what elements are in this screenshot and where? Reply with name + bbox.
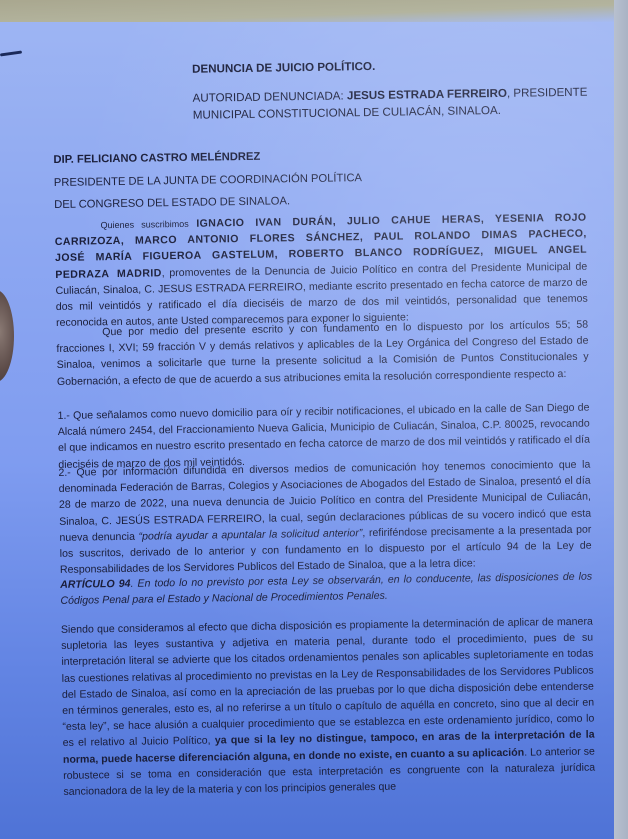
document-title: DENUNCIA DE JUICIO POLÍTICO.: [192, 56, 592, 78]
request-paragraph: Que por medio del presente escrito y con…: [56, 317, 589, 390]
article-94-quote: ARTÍCULO 94. En todo lo no previsto por …: [60, 569, 592, 610]
denounced-authority: AUTORIDAD DENUNCIADA: JESUS ESTRADA FERR…: [192, 84, 592, 124]
addressee-body: DEL CONGRESO DEL ESTADO DE SINALOA.: [54, 193, 290, 213]
intro-lead: Quienes suscribimos: [100, 219, 188, 230]
intro-paragraph: Quienes suscribimos IGNACIO IVAN DURÁN, …: [54, 210, 588, 332]
addressee-position: PRESIDENTE DE LA JUNTA DE COORDINACIÓN P…: [54, 170, 362, 191]
authority-title-end: MUNICIPAL CONSTITUCIONAL DE CULIACÁN, SI…: [193, 104, 501, 122]
article-text: . En todo lo no previsto por esta Ley se…: [60, 571, 592, 608]
background-surface: [614, 0, 628, 839]
addressee-name: DIP. FELICIANO CASTRO MELÉNDREZ: [53, 149, 260, 168]
page-top-shadow: [0, 0, 614, 22]
request-text: Que por medio del presente escrito y con…: [56, 319, 588, 388]
pen-mark: [0, 50, 22, 56]
authority-name: JESUS ESTRADA FERREIRO: [347, 87, 507, 103]
article-label: ARTÍCULO 94: [60, 578, 131, 591]
argument-paragraph: Siendo que consideramos al efecto que di…: [61, 614, 596, 801]
authority-title-start: , PRESIDENTE: [507, 86, 588, 100]
point-2-quote: “podría ayudar a apuntalar la solicitud …: [138, 527, 362, 543]
point-2-paragraph: 2.- Que por información difundida en div…: [58, 457, 592, 579]
authority-label: AUTORIDAD DENUNCIADA:: [192, 89, 343, 104]
document-page: DENUNCIA DE JUICIO POLÍTICO. AUTORIDAD D…: [0, 0, 614, 839]
